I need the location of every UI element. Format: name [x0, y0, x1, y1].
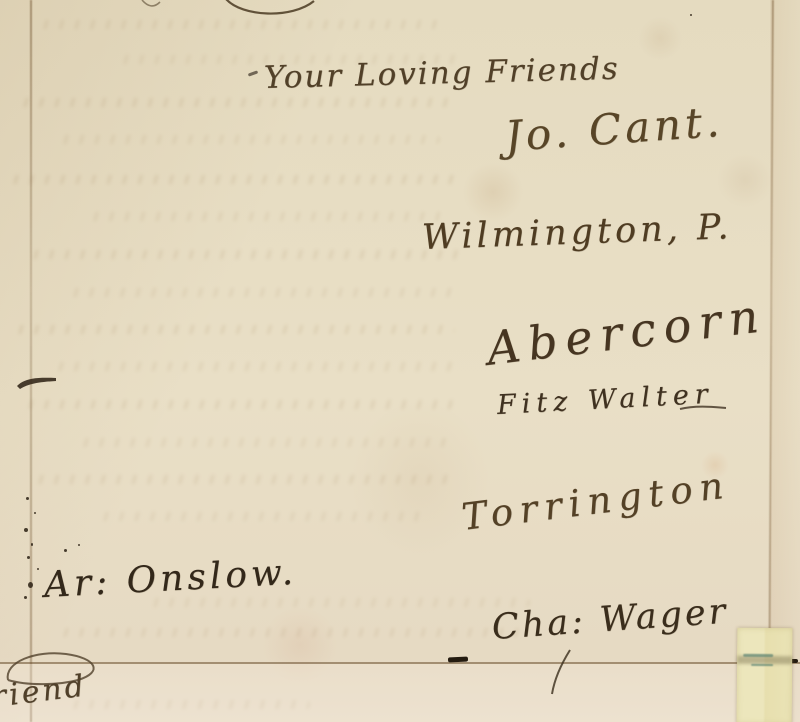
ink-dash-mark — [16, 374, 60, 392]
bleedthrough-line — [70, 288, 460, 297]
tape-fold-smudge — [737, 656, 792, 664]
paper-strip-below-fold — [0, 664, 800, 722]
bleedthrough-line — [100, 512, 430, 521]
ink-spatter-dot — [24, 528, 28, 532]
bleedthrough-line — [35, 475, 455, 484]
ink-speck — [690, 14, 692, 16]
signature-fitzwalter: Fitz Walter — [496, 379, 714, 421]
ink-spatter-dot — [34, 512, 36, 514]
bleedthrough-line — [10, 175, 460, 184]
bleedthrough-line — [60, 628, 520, 637]
ink-spatter-dot — [78, 544, 80, 546]
ink-spatter-dot — [31, 543, 33, 546]
bleedthrough-line — [55, 362, 455, 371]
manuscript-page: Your Loving Friends Jo. Cant. Wilmington… — [0, 0, 800, 722]
bleedthrough-line — [30, 250, 460, 259]
signature-wilmington: Wilmington, P. — [421, 207, 733, 258]
cutoff-flourish-small — [140, 0, 164, 11]
signature-jo-cant: Jo. Cant. — [503, 97, 724, 161]
fold-crease-vertical-left — [30, 0, 32, 722]
bleedthrough-line — [90, 212, 450, 221]
ink-spatter-blot — [28, 582, 33, 588]
bleedthrough-line — [15, 325, 455, 334]
paper-edge-shading — [770, 0, 800, 722]
ink-spatter-dot — [27, 556, 30, 559]
tape-teal-mark — [743, 654, 773, 657]
ink-dash-on-fold — [448, 656, 468, 662]
ink-spatter-dot — [37, 568, 39, 570]
ink-spatter-dot — [26, 497, 29, 500]
bleedthrough-line — [40, 20, 440, 29]
bleedthrough-line — [60, 135, 440, 144]
wager-descender-stroke — [548, 648, 578, 698]
cutoff-flourish — [222, 0, 322, 20]
fitzwalter-flourish — [678, 404, 728, 412]
bleedthrough-line — [20, 98, 450, 107]
signature-torrington: Torrington — [459, 463, 732, 539]
repair-tape-strip — [737, 628, 793, 722]
tape-teal-mark — [751, 664, 773, 666]
bleedthrough-line — [70, 700, 310, 709]
bleedthrough-line — [150, 598, 530, 607]
pen-tick — [248, 70, 258, 76]
bleedthrough-line — [80, 438, 450, 447]
ink-spatter-dot — [24, 596, 27, 599]
bleedthrough-line — [25, 400, 455, 409]
signature-abercorn: Abercorn — [484, 288, 769, 376]
ink-spatter-dot — [64, 549, 67, 552]
